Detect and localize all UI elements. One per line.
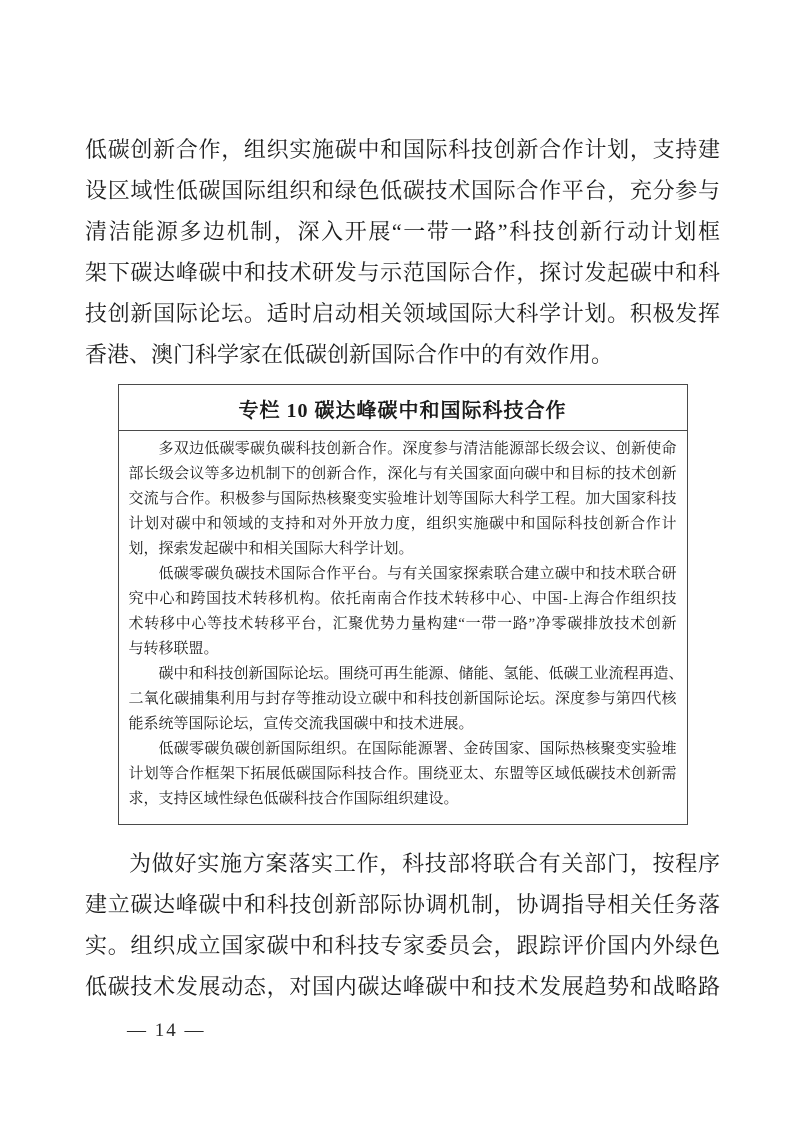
box-paragraph-tech-platform: 低碳零碳负碳技术国际合作平台。与有关国家探索联合建立碳中和技术联合研究中心和跨国… [129,562,677,662]
text-line: 多双边低碳零碳负碳科技创新合作。深度参与清洁能源部长级会议、创新使命 [129,437,677,462]
box-paragraph-international-organization: 低碳零碳负碳创新国际组织。在国际能源署、金砖国家、国际热核聚变实验堆计划等合作框… [129,737,677,812]
text-line: 碳中和科技创新国际论坛。围绕可再生能源、储能、氢能、低碳工业流程再造、 [129,662,677,687]
text-line: 究中心和跨国技术转移机构。依托南南合作技术转移中心、中国-上海合作组织技 [129,587,677,612]
document-page: 低碳创新合作，组织实施碳中和国际科技创新合作计划，支持建设区域性低碳国际组织和绿… [0,0,800,1131]
paragraph-above-box: 低碳创新合作，组织实施碳中和国际科技创新合作计划，支持建设区域性低碳国际组织和绿… [85,129,720,375]
text-line: 设区域性低碳国际组织和绿色低碳技术国际合作平台，充分参与 [85,170,720,211]
text-line: 求，支持区域性绿色低碳科技合作国际组织建设。 [129,787,677,812]
text-line: 实。组织成立国家碳中和科技专家委员会，跟踪评价国内外绿色 [85,925,720,966]
text-line: 划，探索发起碳中和相关国际大科学计划。 [129,537,677,562]
text-line: 低碳零碳负碳创新国际组织。在国际能源署、金砖国家、国际热核聚变实验堆 [129,737,677,762]
box-paragraph-international-forum: 碳中和科技创新国际论坛。围绕可再生能源、储能、氢能、低碳工业流程再造、二氧化碳捕… [129,662,677,737]
paragraph-below-box: 为做好实施方案落实工作，科技部将联合有关部门，按程序建立碳达峰碳中和科技创新部际… [85,843,720,1007]
text-line: 低碳创新合作，组织实施碳中和国际科技创新合作计划，支持建 [85,129,720,170]
text-line: 术转移中心等技术转移平台，汇聚优势力量构建“一带一路”净零碳排放技术创新 [129,612,677,637]
column-box: 专栏 10 碳达峰碳中和国际科技合作 多双边低碳零碳负碳科技创新合作。深度参与清… [118,384,688,825]
text-line: 部长级会议等多边机制下的创新合作，深化与有关国家面向碳中和目标的技术创新 [129,462,677,487]
text-line: 交流与合作。积极参与国际热核聚变实验堆计划等国际大科学工程。加大国家科技 [129,487,677,512]
text-line: 计划对碳中和领域的支持和对外开放力度，组织实施碳中和国际科技创新合作计 [129,512,677,537]
text-line: 计划等合作框架下拓展低碳国际科技合作。围绕亚太、东盟等区域低碳技术创新需 [129,762,677,787]
text-line: 为做好实施方案落实工作，科技部将联合有关部门，按程序 [85,843,720,884]
text-line: 清洁能源多边机制，深入开展“一带一路”科技创新行动计划框 [85,211,720,252]
text-line: 香港、澳门科学家在低碳创新国际合作中的有效作用。 [85,334,720,375]
text-line: 低碳零碳负碳技术国际合作平台。与有关国家探索联合建立碳中和技术联合研 [129,562,677,587]
text-line: 能系统等国际论坛，宣传交流我国碳中和技术进展。 [129,712,677,737]
text-line: 二氧化碳捕集利用与封存等推动设立碳中和科技创新国际论坛。深度参与第四代核 [129,687,677,712]
column-box-title: 专栏 10 碳达峰碳中和国际科技合作 [119,385,687,431]
box-paragraph-multilateral-cooperation: 多双边低碳零碳负碳科技创新合作。深度参与清洁能源部长级会议、创新使命部长级会议等… [129,437,677,562]
text-line: 架下碳达峰碳中和技术研发与示范国际合作，探讨发起碳中和科 [85,252,720,293]
text-line: 低碳技术发展动态，对国内碳达峰碳中和技术发展趋势和战略路 [85,966,720,1007]
page-number: — 14 — [127,1020,720,1042]
column-box-body: 多双边低碳零碳负碳科技创新合作。深度参与清洁能源部长级会议、创新使命部长级会议等… [119,431,687,824]
text-line: 与转移联盟。 [129,637,677,662]
text-line: 技创新国际论坛。适时启动相关领域国际大科学计划。积极发挥 [85,293,720,334]
text-line: 建立碳达峰碳中和科技创新部际协调机制，协调指导相关任务落 [85,884,720,925]
